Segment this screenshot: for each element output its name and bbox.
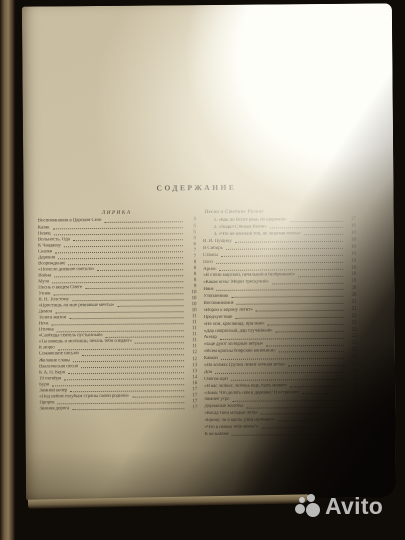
toc-entry-title: Деревня <box>38 255 55 261</box>
toc-entry-title: Буря <box>39 382 49 388</box>
toc-entry-title: Арион <box>203 266 217 272</box>
toc-entry-page-number: 17 <box>345 217 356 223</box>
toc-entry-title: Олегов щит <box>204 377 228 383</box>
toc-entry-title: Сожженное письмо <box>39 352 79 358</box>
toc-entry-title: Няне <box>203 287 213 293</box>
toc-entry-title: Дон <box>204 370 212 376</box>
toc-entry-title: «Еще дуют холодные ветры» <box>204 342 263 348</box>
toc-entry-page-number: 13 <box>186 363 197 369</box>
toc-entry-page-number: 18 <box>345 238 356 244</box>
toc-entry-title: «Под небом голубым страны своей родной» <box>39 394 129 400</box>
toc-entry-title: К вельможе <box>205 432 229 438</box>
dot-leader <box>232 434 345 436</box>
toc-entry-title: 2. «Ходил Стенька Разин» <box>214 225 267 231</box>
toc-entry-page-number: 17 <box>186 405 197 411</box>
toc-rows-right: 1. «Как по Волге реке, по широкой»172. «… <box>203 216 358 438</box>
toc-entry-title: Поэт <box>203 260 213 266</box>
toc-entry-page-number: 21 <box>346 313 357 319</box>
toc-entry-title: «Зима. Что делать нам в деревне? Я встре… <box>204 390 299 396</box>
toc-entry-title: «Всем красны боярские конюшни» <box>204 349 276 355</box>
contents-title: СОДЕРЖАНИЕ <box>37 182 355 194</box>
toc-entry-title: Телега жизни <box>39 315 67 321</box>
dot-leader <box>268 324 344 326</box>
toc-entry-page-number: 22 <box>346 327 357 333</box>
toc-entry-page-number: 25 <box>347 424 358 430</box>
toc-entry-title: В Сибирь <box>203 246 223 252</box>
toc-entry-page-number: 5 <box>185 230 196 236</box>
dot-leader <box>266 344 344 346</box>
toc-entry-title: 19 октября <box>39 376 61 382</box>
toc-entry-title: Война <box>38 273 51 279</box>
toc-entry-title: «Когда твои младые лета» <box>204 411 257 417</box>
toc-entry-page-number: 11 <box>186 320 197 326</box>
toc-entry-title: К А. П. Керн <box>39 370 65 376</box>
dot-leader <box>98 269 184 271</box>
toc-entry-page-number: 22 <box>346 334 357 340</box>
toc-entry-title: И. И. Пущину <box>203 239 232 245</box>
toc-entry-page-number: 23 <box>346 382 357 388</box>
toc-entry-title: «Что в имени тебе моем?» <box>205 425 259 431</box>
toc-entry-title: Песнь о вещем Олеге <box>38 285 82 291</box>
toc-entry-title: Певец <box>38 231 51 237</box>
toc-entry-page-number: 7 <box>185 254 196 260</box>
toc-entry-page-number: 21 <box>345 300 356 306</box>
toc-entry-page-number: 24 <box>346 389 357 395</box>
toc-entry-page-number: 10 <box>185 296 196 302</box>
toc-entry-title: Демон <box>38 310 52 316</box>
toc-entry-page-number: 11 <box>186 326 197 332</box>
toc-entry-page-number: 21 <box>345 307 356 313</box>
toc-entry-title: «Дар напрасный, дар случайный» <box>204 328 273 334</box>
toc-entry-title: «Погасло дневное светило» <box>38 267 95 273</box>
toc-entry-title: Зимний вечер <box>39 388 67 394</box>
toc-entry-title: Вакхическая песня <box>39 364 78 370</box>
dot-leader <box>117 306 183 308</box>
dot-leader <box>261 413 345 415</box>
contents-columns: ЛИРИКА Воспоминания в Царском Селе3Казак… <box>38 208 358 439</box>
toc-entry-title: Пророк <box>39 400 55 406</box>
toc-rows-left: Воспоминания в Царском Селе3Казак5Певец5… <box>38 217 198 412</box>
toc-entry-page-number: 19 <box>345 258 356 264</box>
toc-entry-title: Дорожные жалобы <box>204 404 243 410</box>
toc-entry-page-number: 8 <box>185 272 196 278</box>
toc-entry-page-number: 12 <box>186 351 197 357</box>
toc-entry-title: 1. «Как по Волге реке, по широкой» <box>214 218 287 224</box>
dot-leader <box>106 336 184 338</box>
toc-entry-page-number: 23 <box>346 355 357 361</box>
dot-leader <box>298 275 343 276</box>
toc-entry-title: Муза <box>38 279 49 285</box>
dot-leader <box>276 331 344 333</box>
contents-column-left: ЛИРИКА Воспоминания в Царском Селе3Казак… <box>38 209 198 439</box>
toc-entry-page-number: 11 <box>186 339 197 345</box>
toc-entry-title: Предчувствие <box>204 315 233 321</box>
toc-entry-page-number: 8 <box>185 260 196 266</box>
toc-entry-title: Анчар <box>204 335 217 341</box>
dot-leader <box>132 396 184 397</box>
toc-entry-title: Воспоминание <box>203 301 233 307</box>
toc-entry-page-number: 11 <box>186 314 197 320</box>
toc-entry-page-number: 7 <box>185 248 196 254</box>
dot-leader <box>288 365 344 366</box>
toc-entry: К вельможе <box>205 429 358 437</box>
toc-entry-title: Утопленник <box>203 294 228 300</box>
toc-entry-title: Кавказ <box>204 356 218 362</box>
toc-entry-page-number: 19 <box>345 245 356 251</box>
avito-wordmark: Avito <box>325 493 383 520</box>
toc-entry-page-number: 24 <box>346 403 357 409</box>
contents-column-right: Песни о Степане Разине 1. «Как по Волге … <box>203 208 358 438</box>
toc-entry-title: Я. Н. Толстому <box>38 297 69 303</box>
toc-entry-page-number: 25 <box>346 417 357 423</box>
toc-entry-page-number: 19 <box>345 272 356 278</box>
toc-entry-title: «Брожу ли я вдоль улиц шумных» <box>204 418 274 424</box>
dot-leader <box>72 408 184 410</box>
toc-entry-page-number: 16 <box>186 381 197 387</box>
toc-entry-title: «Какая ночь! Мороз трескучий» <box>203 280 269 286</box>
toc-entry-page-number: 19 <box>345 279 356 285</box>
toc-entry-title: К Чаадаеву <box>38 243 61 249</box>
toc-entry-title: Сказки <box>38 249 52 255</box>
toc-entry-page-number: 19 <box>345 265 356 271</box>
toc-entry-title: Птичка <box>39 328 54 334</box>
toc-entry-title: Желание славы <box>39 358 70 364</box>
dot-leader <box>270 227 343 229</box>
toc-entry-title: Ночь <box>39 322 49 328</box>
dot-leader <box>261 427 344 429</box>
book-spine-edge <box>0 0 15 540</box>
toc-entry-page-number: 23 <box>346 375 357 381</box>
avito-logo-icon <box>295 493 322 520</box>
toc-entry-page-number: 14 <box>186 375 197 381</box>
toc-entry-page-number: 22 <box>346 341 357 347</box>
book-page: СОДЕРЖАНИЕ ЛИРИКА Воспоминания в Царском… <box>22 3 396 500</box>
dot-leader <box>272 282 343 284</box>
dot-leader <box>277 420 344 422</box>
toc-entry-page-number: 11 <box>186 345 197 351</box>
toc-entry-page-number: 20 <box>345 286 356 292</box>
toc-entry-page-number: 19 <box>345 251 356 257</box>
avito-watermark: Avito <box>295 493 383 520</box>
toc-entry-page-number: 18 <box>345 224 356 230</box>
toc-entry-page-number: 10 <box>185 290 196 296</box>
dot-leader <box>303 393 345 394</box>
toc-entry-title: «Не пой, красавица, при мне» <box>204 321 265 327</box>
toc-entry-title: Стансы <box>203 253 218 259</box>
toc-entry-title: Узник <box>38 291 50 297</box>
dot-leader <box>290 220 343 221</box>
toc-entry-page-number: 3 <box>185 218 196 224</box>
toc-entry-page-number: 23 <box>346 369 357 375</box>
toc-entry-page-number: 22 <box>346 348 357 354</box>
toc-entry-page-number: 17 <box>186 393 197 399</box>
toc-entry-title: Возрождение <box>38 261 65 267</box>
toc-entry-page-number: 12 <box>186 357 197 363</box>
toc-entry-title: «Простишь ли мне ревнивые мечты» <box>38 303 114 309</box>
toc-entry-page-number: 10 <box>185 308 196 314</box>
toc-entry-title: Воспоминания в Царском Селе <box>38 218 102 224</box>
toc-entry-page-number: 6 <box>185 242 196 248</box>
toc-entry-page-number: 5 <box>185 224 196 230</box>
toc-entry-title: «Я вас любил: любовь еще, быть может» <box>204 383 287 389</box>
toc-entry-title: «На холмах Грузии лежит ночная мгла» <box>204 362 285 368</box>
toc-entry-page-number: 8 <box>185 278 196 284</box>
toc-entry-page-number: 10 <box>185 302 196 308</box>
toc-entry-page-number: 13 <box>186 369 197 375</box>
toc-entry-title: «Ворон к ворону летит» <box>203 307 252 313</box>
toc-entry-page-number: 17 <box>186 387 197 393</box>
toc-entry-title: «В степи мирской, печальной и безбрежной… <box>203 273 295 279</box>
dot-leader <box>279 351 344 353</box>
toc-entry-page-number: 17 <box>186 399 197 405</box>
toc-entry-title: Вольность. Ода <box>38 237 70 243</box>
toc-entry-page-number: 21 <box>346 320 357 326</box>
toc-entry-page-number: 20 <box>345 293 356 299</box>
dot-leader <box>135 342 184 343</box>
book-photo-scene: СОДЕРЖАНИЕ ЛИРИКА Воспоминания в Царском… <box>0 0 405 540</box>
toc-entry-title: «Ты вянешь и молчишь; печаль тебя снедае… <box>39 339 132 345</box>
toc-entry: Зимняя дорога17 <box>39 405 197 412</box>
dot-leader <box>291 386 345 387</box>
toc-entry-title: К морю <box>39 346 55 352</box>
toc-entry-page-number: 18 <box>345 231 356 237</box>
toc-entry-title: Казак <box>38 225 50 231</box>
toc-entry-page-number: 11 <box>186 332 197 338</box>
toc-entry-page-number: 24 <box>346 410 357 416</box>
toc-entry-title: Зимнее утро <box>204 397 229 403</box>
toc-entry-page-number: 8 <box>185 266 196 272</box>
toc-entry-page-number: 24 <box>346 396 357 402</box>
toc-entry-title: 3. «Что не конский топ, не людская молвь… <box>214 231 301 237</box>
toc-entry-page-number: 23 <box>346 362 357 368</box>
toc-entry-title: Зимняя дорога <box>39 406 69 412</box>
dot-leader <box>104 221 182 223</box>
toc-entry-page-number: 5 <box>185 236 196 242</box>
dot-leader <box>304 234 343 235</box>
toc-entry-page-number: 9 <box>185 284 196 290</box>
